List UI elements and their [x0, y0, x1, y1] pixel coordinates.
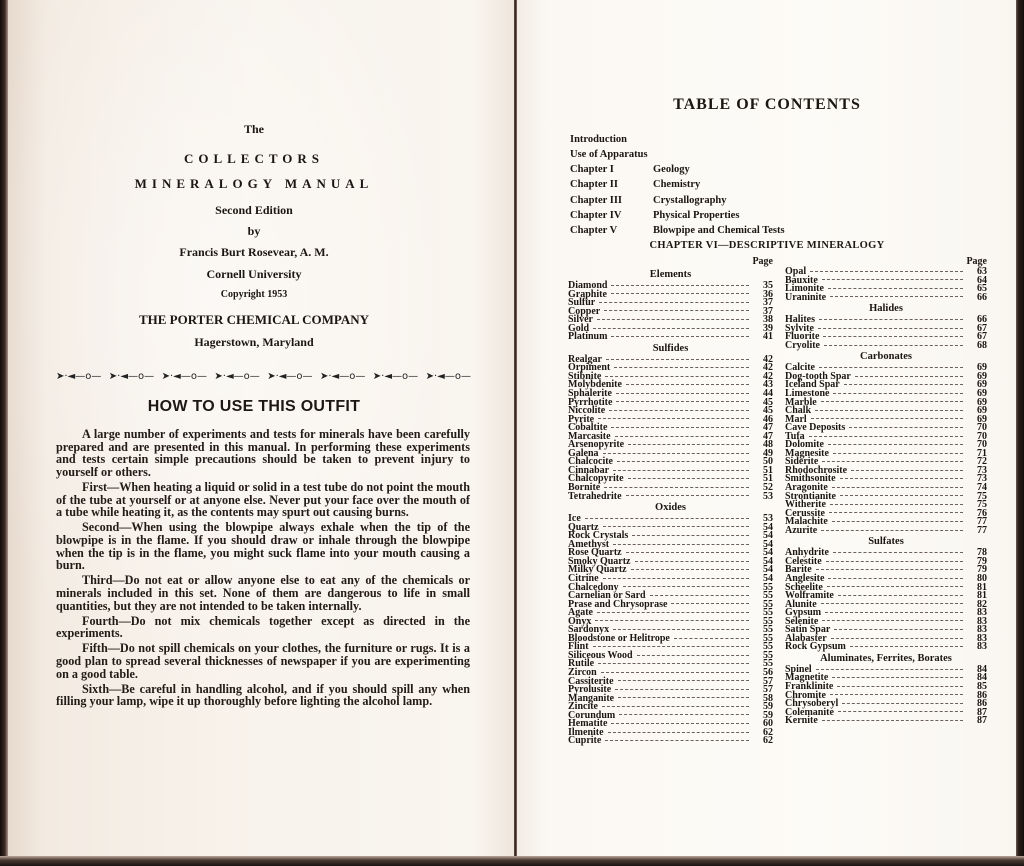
page-number: 62: [759, 737, 773, 746]
toc-row: Chapter IGeology: [570, 162, 930, 177]
leader-dots: [617, 461, 749, 462]
toc-chapter-title: Chemistry: [653, 179, 700, 190]
leader-dots: [829, 512, 963, 513]
leader-dots: [614, 367, 749, 368]
leader-dots: [616, 393, 749, 394]
leader-dots: [850, 646, 963, 647]
leader-dots: [628, 444, 749, 445]
toc-entry: Siliceous Wood55: [568, 652, 773, 661]
leader-dots: [851, 470, 963, 471]
copyright: Copyright 1953: [0, 289, 508, 301]
leader-dots: [605, 740, 749, 741]
toc-entry: Uraninite66: [785, 294, 987, 303]
toc-label: Chapter IV: [570, 210, 653, 221]
mineral-name: Cryolite: [785, 342, 824, 351]
leader-dots: [833, 393, 963, 394]
leader-dots: [611, 723, 749, 724]
leader-dots: [809, 436, 963, 437]
toc-title: TABLE OF CONTENTS: [517, 96, 1017, 114]
leader-dots: [613, 544, 749, 545]
toc-chapter-title: Physical Properties: [653, 210, 739, 221]
affiliation: Cornell University: [0, 267, 508, 281]
leader-dots: [613, 629, 749, 630]
toc-entry: Arsenopyrite48: [568, 441, 773, 450]
leader-dots: [828, 444, 963, 445]
page-number: 68: [973, 342, 987, 351]
publisher-city: Hagerstown, Maryland: [0, 335, 508, 349]
leader-dots: [626, 384, 749, 385]
toc-label: Introduction: [570, 134, 627, 145]
leader-dots: [819, 367, 963, 368]
leader-dots: [838, 711, 963, 712]
right-edge-shadow: [1016, 0, 1024, 866]
toc-entry: Manganite58: [568, 695, 773, 704]
leader-dots: [674, 638, 749, 639]
leader-dots: [822, 279, 963, 280]
leader-dots: [615, 436, 749, 437]
toc-column-right: Page Opal63Bauxite64Limonite65Uraninite6…: [785, 256, 987, 726]
mineral-name: Tetrahedrite: [568, 493, 626, 502]
leader-dots: [823, 336, 963, 337]
ornament-unit: ➤·◄—o—: [56, 371, 101, 382]
toc-section-heading: Halides: [785, 302, 987, 316]
leader-dots: [616, 401, 749, 402]
leader-dots: [609, 410, 749, 411]
leader-dots: [810, 271, 963, 272]
leader-dots: [832, 521, 963, 522]
leader-dots: [827, 586, 963, 587]
toc-entry: Celestite79: [785, 558, 987, 567]
leader-dots: [604, 310, 749, 311]
leader-dots: [855, 376, 963, 377]
leader-dots: [650, 595, 749, 596]
toc-section-heading: Aluminates, Ferrites, Borates: [785, 652, 987, 666]
toc-chapter-title: Geology: [653, 164, 690, 175]
toc-entry: Niccolite45: [568, 407, 773, 416]
leader-dots: [632, 535, 749, 536]
toc-entry: Agate55: [568, 609, 773, 618]
toc-chapter-title: Blowpipe and Chemical Tests: [653, 225, 785, 236]
toc-label: Chapter V: [570, 225, 653, 236]
leader-dots: [821, 603, 963, 604]
leader-dots: [626, 495, 749, 496]
toc-entry: Marble69: [785, 399, 987, 408]
leader-dots: [822, 620, 963, 621]
leader-dots: [585, 518, 749, 519]
leader-dots: [833, 453, 963, 454]
toc-entry: Cuprite62: [568, 737, 773, 746]
toc-entry: Halites66: [785, 316, 987, 325]
ornament-unit: ➤·◄—o—: [214, 371, 259, 382]
leader-dots: [597, 319, 749, 320]
leader-dots: [608, 732, 749, 733]
toc-row: Chapter VBlowpipe and Chemical Tests: [570, 223, 930, 238]
leader-dots: [599, 302, 749, 303]
book-spine: [514, 0, 517, 856]
ornament-unit: ➤·◄—o—: [426, 371, 471, 382]
toc-row: Chapter IVPhysical Properties: [570, 208, 930, 223]
leader-dots: [635, 561, 750, 562]
toc-entry: Rutile55: [568, 660, 773, 669]
toc-entry: Tetrahedrite53: [568, 493, 773, 502]
leader-dots: [637, 655, 749, 656]
leader-dots: [603, 453, 749, 454]
leader-dots: [834, 629, 963, 630]
paragraph-fourth: Fourth—Do not mix chemicals together exc…: [56, 615, 470, 640]
leader-dots: [611, 427, 749, 428]
leader-dots: [606, 359, 749, 360]
title-block: The COLLECTORS MINERALOGY MANUAL Second …: [0, 122, 508, 349]
ornament-unit: ➤·◄—o—: [267, 371, 312, 382]
mineral-name: Uraninite: [785, 294, 830, 303]
leader-dots: [628, 478, 749, 479]
instructions-text: A large number of experiments and tests …: [56, 428, 470, 711]
leader-dots: [822, 461, 963, 462]
leader-dots: [837, 686, 963, 687]
toc-row: Introduction: [570, 132, 930, 147]
leader-dots: [830, 504, 963, 505]
publisher: THE PORTER CHEMICAL COMPANY: [0, 312, 508, 327]
toc-entry: Silver38: [568, 316, 773, 325]
leader-dots: [626, 552, 749, 553]
leader-dots: [603, 578, 749, 579]
leader-dots: [842, 703, 963, 704]
decorative-divider: ➤·◄—o—➤·◄—o—➤·◄—o—➤·◄—o—➤·◄—o—➤·◄—o—➤·◄—…: [56, 369, 471, 383]
leader-dots: [844, 384, 963, 385]
leader-dots: [811, 418, 963, 419]
leader-dots: [611, 285, 749, 286]
leader-dots: [631, 569, 749, 570]
leader-dots: [825, 612, 963, 613]
leader-dots: [840, 478, 963, 479]
leader-dots: [826, 561, 963, 562]
leader-dots: [593, 328, 749, 329]
leader-dots: [611, 336, 749, 337]
leader-dots: [832, 487, 963, 488]
author: Francis Burt Rosevear, A. M.: [0, 245, 508, 259]
leader-dots: [818, 328, 963, 329]
mineral-name: Rock Gypsum: [785, 643, 850, 652]
page-column-label: Page: [568, 256, 773, 268]
toc-front-matter: Introduction Use of Apparatus Chapter IG…: [570, 132, 930, 238]
leader-dots: [595, 620, 749, 621]
leader-dots: [822, 720, 963, 721]
leader-dots: [840, 495, 963, 496]
leader-dots: [819, 319, 963, 320]
toc-row: Chapter IIChemistry: [570, 177, 930, 192]
toc-label: Use of Apparatus: [570, 149, 648, 160]
toc-entry: Cryolite68: [785, 342, 987, 351]
toc-entry: Prase and Chrysoprase55: [568, 601, 773, 610]
page-number: 53: [759, 493, 773, 502]
leader-dots: [849, 427, 963, 428]
toc-entry: Graphite36: [568, 291, 773, 300]
leader-dots: [828, 578, 963, 579]
leader-dots: [618, 680, 749, 681]
paragraph-sixth: Sixth—Be careful in handling alcohol, an…: [56, 683, 470, 708]
title-the: The: [0, 122, 508, 136]
leader-dots: [830, 694, 963, 695]
ornament-unit: ➤·◄—o—: [320, 371, 365, 382]
ornament-unit: ➤·◄—o—: [162, 371, 207, 382]
paragraph-third: Third—Do not eat or allow anyone else to…: [56, 574, 470, 612]
leader-dots: [816, 669, 963, 670]
by-line: by: [0, 224, 508, 238]
ornament-unit: ➤·◄—o—: [109, 371, 154, 382]
toc-chapter-title: Crystallography: [653, 195, 727, 206]
bottom-edge-shadow: [0, 856, 1024, 866]
page-number: 83: [973, 643, 987, 652]
leader-dots: [821, 401, 963, 402]
toc-section-heading: Carbonates: [785, 350, 987, 364]
title-line-1: COLLECTORS: [0, 151, 508, 167]
toc-entry: Cave Deposits70: [785, 424, 987, 433]
paragraph-fifth: Fifth—Do not spill chemicals on your clo…: [56, 642, 470, 680]
leader-dots: [598, 418, 749, 419]
page-number: 87: [973, 717, 987, 726]
toc-label: Chapter III: [570, 195, 653, 206]
toc-entry: Kernite87: [785, 717, 987, 726]
ornament-unit: ➤·◄—o—: [373, 371, 418, 382]
leader-dots: [602, 706, 749, 707]
toc-label: Chapter II: [570, 179, 653, 190]
mineral-name: Cuprite: [568, 737, 605, 746]
leader-dots: [604, 487, 749, 488]
leader-dots: [603, 526, 749, 527]
leader-dots: [601, 672, 749, 673]
edition: Second Edition: [0, 203, 508, 217]
open-book: The COLLECTORS MINERALOGY MANUAL Second …: [0, 0, 1024, 866]
leader-dots: [615, 689, 749, 690]
page-column-label: Page: [785, 256, 987, 268]
page-number: 66: [973, 294, 987, 303]
leader-dots: [830, 296, 963, 297]
leader-dots: [821, 530, 963, 531]
leader-dots: [618, 697, 749, 698]
toc-entry: Azurite77: [785, 527, 987, 536]
leader-dots: [824, 345, 963, 346]
leader-dots: [611, 293, 749, 294]
chapter-6-heading: CHAPTER VI—DESCRIPTIVE MINERALOGY: [517, 240, 1017, 251]
page-number: 41: [759, 333, 773, 342]
toc-column-left: Page ElementsDiamond35Graphite36Sulfur37…: [568, 256, 773, 746]
leader-dots: [605, 376, 749, 377]
leader-dots: [815, 410, 963, 411]
toc-row: Chapter IIICrystallography: [570, 193, 930, 208]
page-number: 77: [973, 527, 987, 536]
toc-entry: Chalk69: [785, 407, 987, 416]
title-line-2: MINERALOGY MANUAL: [0, 176, 508, 192]
leader-dots: [613, 470, 749, 471]
paragraph-intro: A large number of experiments and tests …: [56, 428, 470, 478]
toc-entry: Rock Gypsum83: [785, 643, 987, 652]
mineral-name: Platinum: [568, 333, 611, 342]
leader-dots: [831, 638, 963, 639]
leader-dots: [832, 677, 963, 678]
leader-dots: [828, 288, 963, 289]
mineral-name: Azurite: [785, 527, 821, 536]
toc-section-heading: Oxides: [568, 501, 773, 515]
section-heading: HOW TO USE THIS OUTFIT: [0, 398, 508, 416]
leader-dots: [623, 586, 749, 587]
leader-dots: [816, 569, 963, 570]
mineral-name: Kernite: [785, 717, 822, 726]
leader-dots: [598, 663, 749, 664]
leader-dots: [671, 603, 749, 604]
leader-dots: [833, 552, 963, 553]
paragraph-second: Second—When using the blowpipe always ex…: [56, 521, 470, 571]
toc-entry: Platinum41: [568, 333, 773, 342]
toc-label: Chapter I: [570, 164, 653, 175]
leader-dots: [597, 612, 749, 613]
toc-entry: Copper37: [568, 308, 773, 317]
leader-dots: [593, 646, 749, 647]
toc-row: Use of Apparatus: [570, 147, 930, 162]
leader-dots: [619, 714, 749, 715]
leader-dots: [838, 595, 963, 596]
paragraph-first: First—When heating a liquid or solid in …: [56, 481, 470, 519]
toc-entry: Bloodstone or Helitrope55: [568, 635, 773, 644]
